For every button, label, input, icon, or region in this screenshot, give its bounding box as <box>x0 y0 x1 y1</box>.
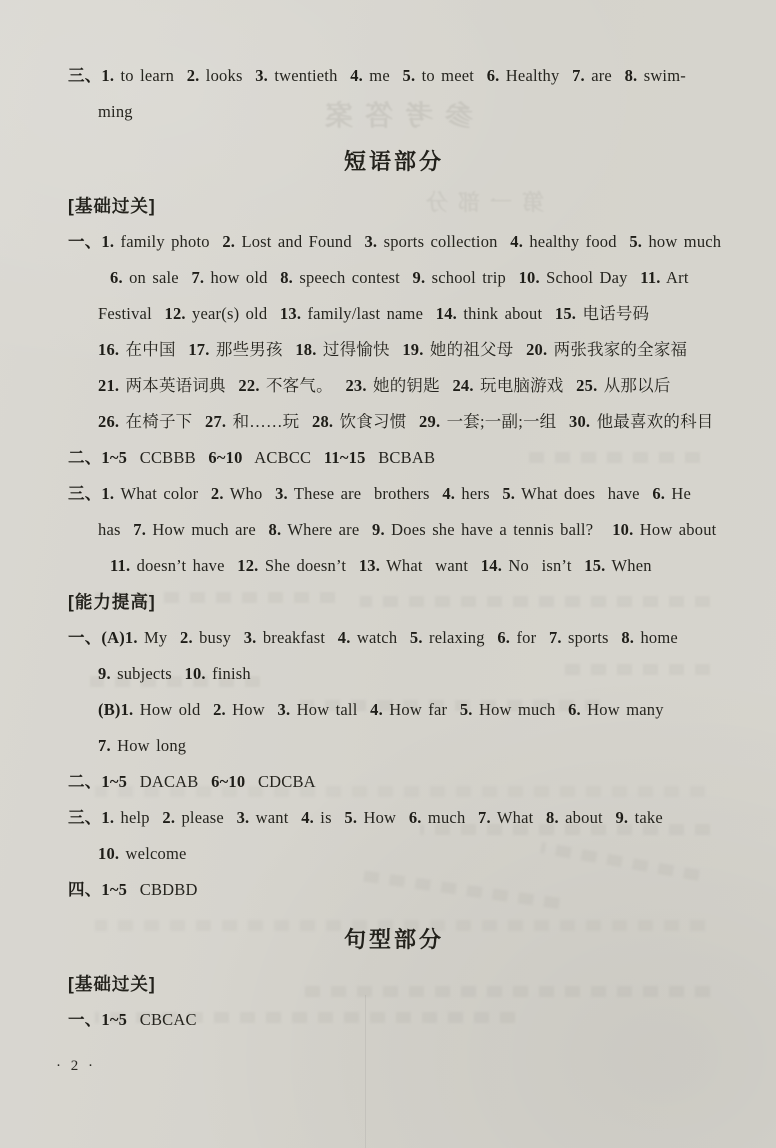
subsection-header: [基础过关] <box>68 188 720 224</box>
answer-line: ming <box>68 94 720 130</box>
answer-line: 三、1. to learn 2. looks 3. twentieth 4. m… <box>68 58 720 94</box>
answer-line: 一、1. family photo 2. Lost and Found 3. s… <box>68 224 720 260</box>
answer-line: 三、1. What color 2. Who 3. These are brot… <box>68 476 720 512</box>
subsection-header: [能力提高] <box>68 584 720 620</box>
answer-line: 21. 两本英语词典 22. 不客气。 23. 她的钥匙 24. 玩电脑游戏 2… <box>68 368 720 404</box>
answer-line: 6. on sale 7. how old 8. speech contest … <box>68 260 720 296</box>
answer-line: 三、1. help 2. please 3. want 4. is 5. How… <box>68 800 720 836</box>
answer-line: 11. doesn’t have 12. She doesn’t 13. Wha… <box>68 548 720 584</box>
scanned-answer-page: 参考答案 第一部分 三、1. to learn 2. looks 3. twen… <box>0 0 776 1148</box>
answer-line: 二、1~5 CCBBB 6~10 ACBCC 11~15 BCBAB <box>68 440 720 476</box>
answer-line: has 7. How much are 8. Where are 9. Does… <box>68 512 720 548</box>
answer-line: 7. How long <box>68 728 720 764</box>
answer-line: 9. subjects 10. finish <box>68 656 720 692</box>
answer-line: 四、1~5 CBDBD <box>68 872 720 908</box>
answer-line: 一、(A)1. My 2. busy 3. breakfast 4. watch… <box>68 620 720 656</box>
section-heading: 句型部分 <box>68 920 720 960</box>
answer-line: Festival 12. year(s) old 13. family/last… <box>68 296 720 332</box>
answers-content: 三、1. to learn 2. looks 3. twentieth 4. m… <box>68 58 720 1038</box>
answer-line: 10. welcome <box>68 836 720 872</box>
answer-line: 16. 在中国 17. 那些男孩 18. 过得愉快 19. 她的祖父母 20. … <box>68 332 720 368</box>
answer-line: 一、1~5 CBCAC <box>68 1002 720 1038</box>
page-number: · 2 · <box>56 1058 96 1075</box>
answer-line: 26. 在椅子下 27. 和……玩 28. 饮食习惯 29. 一套;一副;一组 … <box>68 404 720 440</box>
subsection-header: [基础过关] <box>68 966 720 1002</box>
answer-line: 二、1~5 DACAB 6~10 CDCBA <box>68 764 720 800</box>
section-heading: 短语部分 <box>68 142 720 182</box>
answer-line: (B)1. How old 2. How 3. How tall 4. How … <box>68 692 720 728</box>
